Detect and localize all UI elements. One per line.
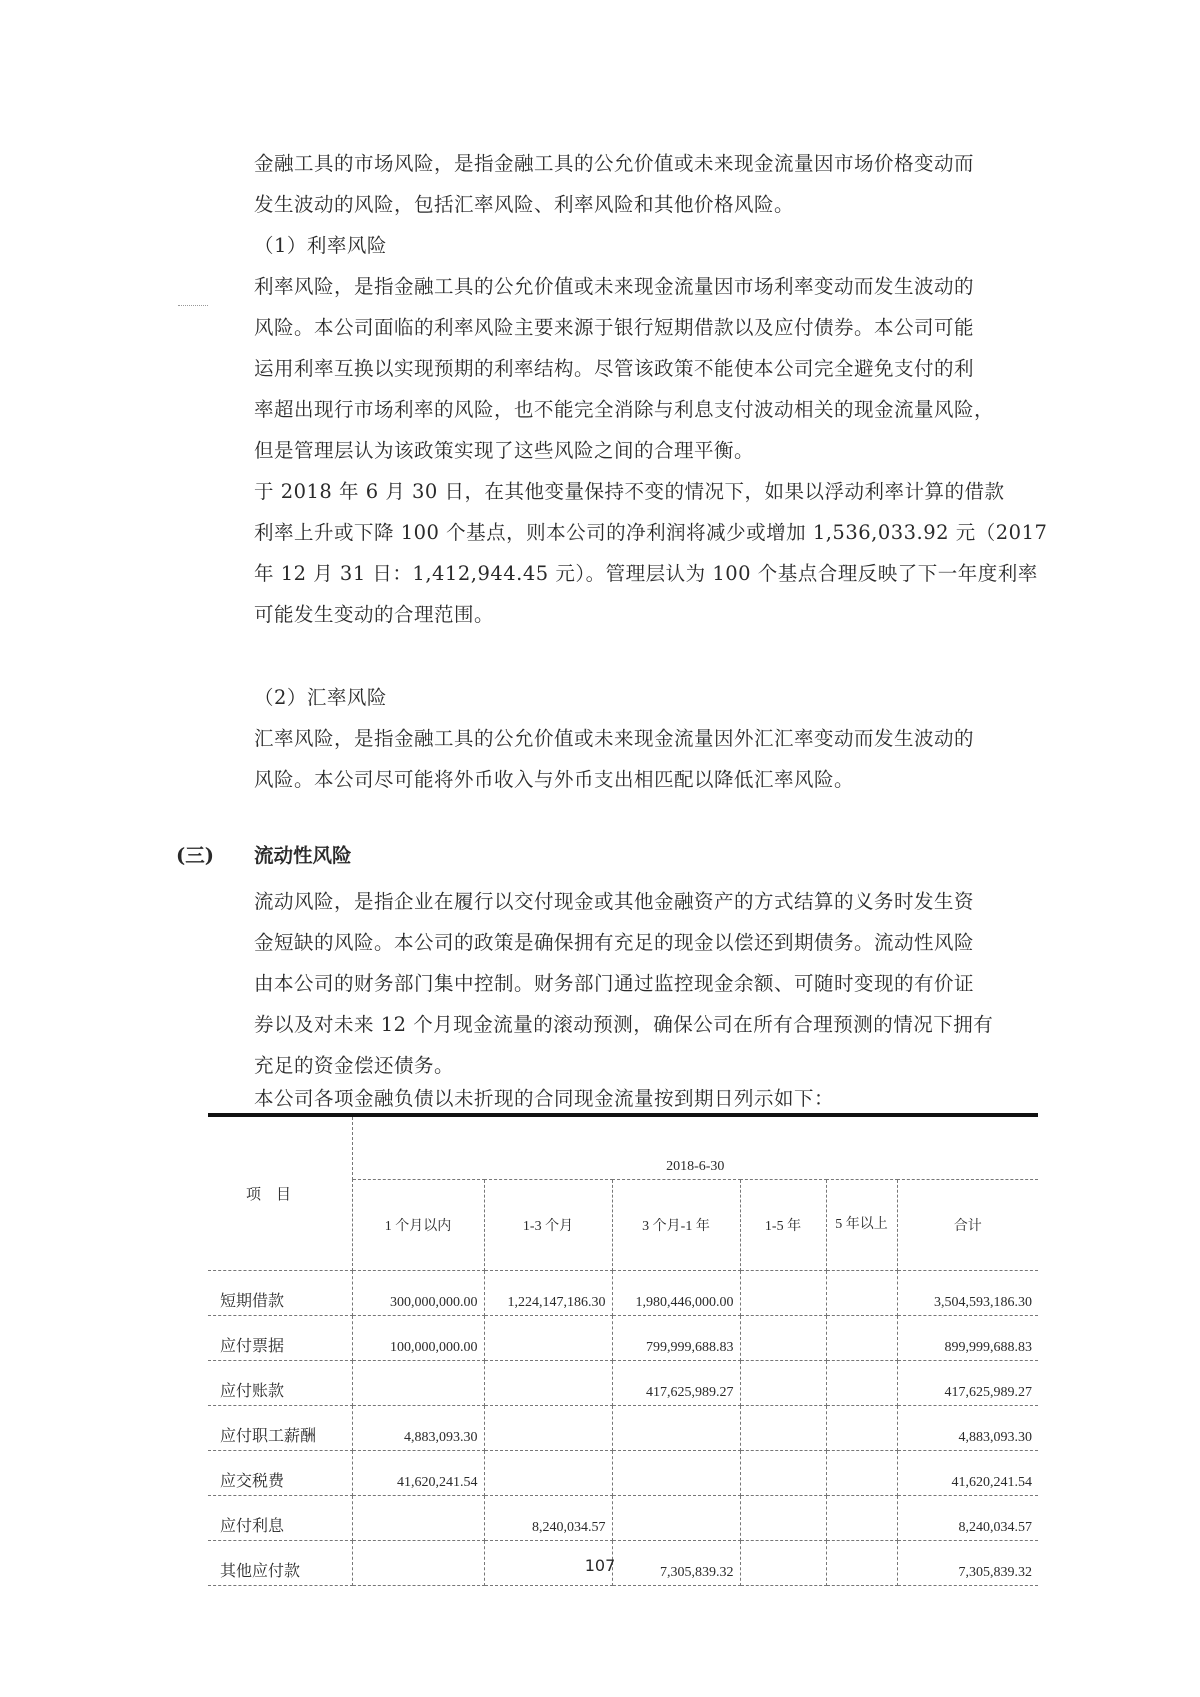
text-line: 年 12 月 31 日：1,412,944.45 元）。管理层认为 100 个基… bbox=[254, 553, 1024, 594]
page-number: 107 bbox=[0, 1556, 1200, 1575]
cell-value bbox=[826, 1451, 897, 1496]
header-col-over-5-years: 5 年以上 bbox=[826, 1180, 897, 1271]
cell-value bbox=[826, 1271, 897, 1316]
header-col-total: 合计 bbox=[897, 1180, 1038, 1271]
cell-value bbox=[612, 1496, 740, 1541]
row-name: 应付利息 bbox=[208, 1496, 352, 1541]
text-line: 利率上升或下降 100 个基点，则本公司的净利润将减少或增加 1,536,033… bbox=[254, 512, 1024, 553]
row-name: 应交税费 bbox=[208, 1451, 352, 1496]
cell-value: 417,625,989.27 bbox=[612, 1361, 740, 1406]
text-line: 风险。本公司面临的利率风险主要来源于银行短期借款以及应付债券。本公司可能 bbox=[254, 307, 1024, 348]
cell-total: 8,240,034.57 bbox=[897, 1496, 1038, 1541]
text-line: 汇率风险，是指金融工具的公允价值或未来现金流量因外汇汇率变动而发生波动的 bbox=[254, 718, 1024, 759]
text-line: 风险。本公司尽可能将外币收入与外币支出相匹配以降低汇率风险。 bbox=[254, 759, 1024, 800]
text-line: 流动风险，是指企业在履行以交付现金或其他金融资产的方式结算的义务时发生资 bbox=[254, 881, 1024, 922]
text-line: 运用利率互换以实现预期的利率结构。尽管该政策不能使本公司完全避免支付的利 bbox=[254, 348, 1024, 389]
document-page: 金融工具的市场风险，是指金融工具的公允价值或未来现金流量因市场价格变动而 发生波… bbox=[0, 0, 1200, 1697]
text-line: 利率风险，是指金融工具的公允价值或未来现金流量因市场利率变动而发生波动的 bbox=[254, 266, 1024, 307]
cell-total: 417,625,989.27 bbox=[897, 1361, 1038, 1406]
text-line: 券以及对未来 12 个月现金流量的滚动预测，确保公司在所有合理预测的情况下拥有 bbox=[254, 1004, 1024, 1045]
cell-value: 4,883,093.30 bbox=[352, 1406, 484, 1451]
cell-value bbox=[352, 1361, 484, 1406]
row-name: 应付票据 bbox=[208, 1316, 352, 1361]
cell-value: 1,980,446,000.00 bbox=[612, 1271, 740, 1316]
cell-value bbox=[740, 1496, 826, 1541]
cell-value bbox=[484, 1451, 612, 1496]
cell-total: 4,883,093.30 bbox=[897, 1406, 1038, 1451]
margin-mark bbox=[178, 305, 208, 306]
cell-value bbox=[740, 1316, 826, 1361]
cell-value bbox=[740, 1271, 826, 1316]
cell-value: 100,000,000.00 bbox=[352, 1316, 484, 1361]
cell-value bbox=[612, 1451, 740, 1496]
table-row: 应交税费 41,620,241.54 41,620,241.54 bbox=[208, 1451, 1038, 1496]
cell-value bbox=[484, 1361, 612, 1406]
cell-value bbox=[826, 1361, 897, 1406]
row-name: 短期借款 bbox=[208, 1271, 352, 1316]
text-line: 金融工具的市场风险，是指金融工具的公允价值或未来现金流量因市场价格变动而 bbox=[254, 143, 1024, 184]
liquidity-risk-paragraph: 流动风险，是指企业在履行以交付现金或其他金融资产的方式结算的义务时发生资 金短缺… bbox=[254, 881, 1024, 1086]
header-col-1-3-months: 1-3 个月 bbox=[484, 1180, 612, 1271]
cell-total: 899,999,688.83 bbox=[897, 1316, 1038, 1361]
cell-total: 3,504,593,186.30 bbox=[897, 1271, 1038, 1316]
cell-value: 300,000,000.00 bbox=[352, 1271, 484, 1316]
cell-value: 41,620,241.54 bbox=[352, 1451, 484, 1496]
cell-value: 1,224,147,186.30 bbox=[484, 1271, 612, 1316]
fx-risk-heading: （2）汇率风险 bbox=[254, 677, 1024, 718]
fx-risk-paragraph: 汇率风险，是指金融工具的公允价值或未来现金流量因外汇汇率变动而发生波动的 风险。… bbox=[254, 718, 1024, 800]
header-col-within-1-month: 1 个月以内 bbox=[352, 1180, 484, 1271]
text-line: 可能发生变动的合理范围。 bbox=[254, 594, 1024, 635]
header-col-3-months-1-year: 3 个月-1 年 bbox=[612, 1180, 740, 1271]
table-row: 应付职工薪酬 4,883,093.30 4,883,093.30 bbox=[208, 1406, 1038, 1451]
section-number: (三) bbox=[176, 840, 214, 868]
interest-rate-risk-paragraph: 利率风险，是指金融工具的公允价值或未来现金流量因市场利率变动而发生波动的 风险。… bbox=[254, 266, 1024, 471]
row-name: 应付账款 bbox=[208, 1361, 352, 1406]
cell-value bbox=[352, 1496, 484, 1541]
cell-value bbox=[740, 1361, 826, 1406]
section-title: 流动性风险 bbox=[254, 840, 352, 868]
cell-value: 8,240,034.57 bbox=[484, 1496, 612, 1541]
cell-value bbox=[740, 1451, 826, 1496]
cell-value bbox=[826, 1496, 897, 1541]
table-row: 应付利息 8,240,034.57 8,240,034.57 bbox=[208, 1496, 1038, 1541]
cell-value bbox=[484, 1406, 612, 1451]
cell-value bbox=[740, 1406, 826, 1451]
cell-value: 799,999,688.83 bbox=[612, 1316, 740, 1361]
header-col-1-5-years: 1-5 年 bbox=[740, 1180, 826, 1271]
cell-value bbox=[826, 1406, 897, 1451]
table-row: 应付账款 417,625,989.27 417,625,989.27 bbox=[208, 1361, 1038, 1406]
row-name: 应付职工薪酬 bbox=[208, 1406, 352, 1451]
text-line: 率超出现行市场利率的风险，也不能完全消除与利息支付波动相关的现金流量风险， bbox=[254, 389, 1024, 430]
cell-value bbox=[612, 1406, 740, 1451]
interest-rate-risk-heading: （1）利率风险 bbox=[254, 225, 1024, 266]
text-line: 由本公司的财务部门集中控制。财务部门通过监控现金余额、可随时变现的有价证 bbox=[254, 963, 1024, 1004]
text-line: 金短缺的风险。本公司的政策是确保拥有充足的现金以偿还到期债务。流动性风险 bbox=[254, 922, 1024, 963]
header-item: 项 目 bbox=[208, 1117, 352, 1271]
text-line: 充足的资金偿还债务。 bbox=[254, 1045, 1024, 1086]
text-line: 于 2018 年 6 月 30 日，在其他变量保持不变的情况下，如果以浮动利率计… bbox=[254, 471, 1024, 512]
table-row: 短期借款 300,000,000.00 1,224,147,186.30 1,9… bbox=[208, 1271, 1038, 1316]
table-row: 应付票据 100,000,000.00 799,999,688.83 899,9… bbox=[208, 1316, 1038, 1361]
cell-value bbox=[484, 1316, 612, 1361]
table-intro: 本公司各项金融负债以未折现的合同现金流量按到期日列示如下： bbox=[254, 1083, 1024, 1115]
cell-total: 41,620,241.54 bbox=[897, 1451, 1038, 1496]
market-risk-intro: 金融工具的市场风险，是指金融工具的公允价值或未来现金流量因市场价格变动而 发生波… bbox=[254, 143, 1024, 225]
text-line: 但是管理层认为该政策实现了这些风险之间的合理平衡。 bbox=[254, 430, 1024, 471]
cell-value bbox=[826, 1316, 897, 1361]
header-date: 2018-6-30 bbox=[352, 1117, 1038, 1180]
text-line: 发生波动的风险，包括汇率风险、利率风险和其他价格风险。 bbox=[254, 184, 1024, 225]
interest-rate-sensitivity-paragraph: 于 2018 年 6 月 30 日，在其他变量保持不变的情况下，如果以浮动利率计… bbox=[254, 471, 1024, 635]
